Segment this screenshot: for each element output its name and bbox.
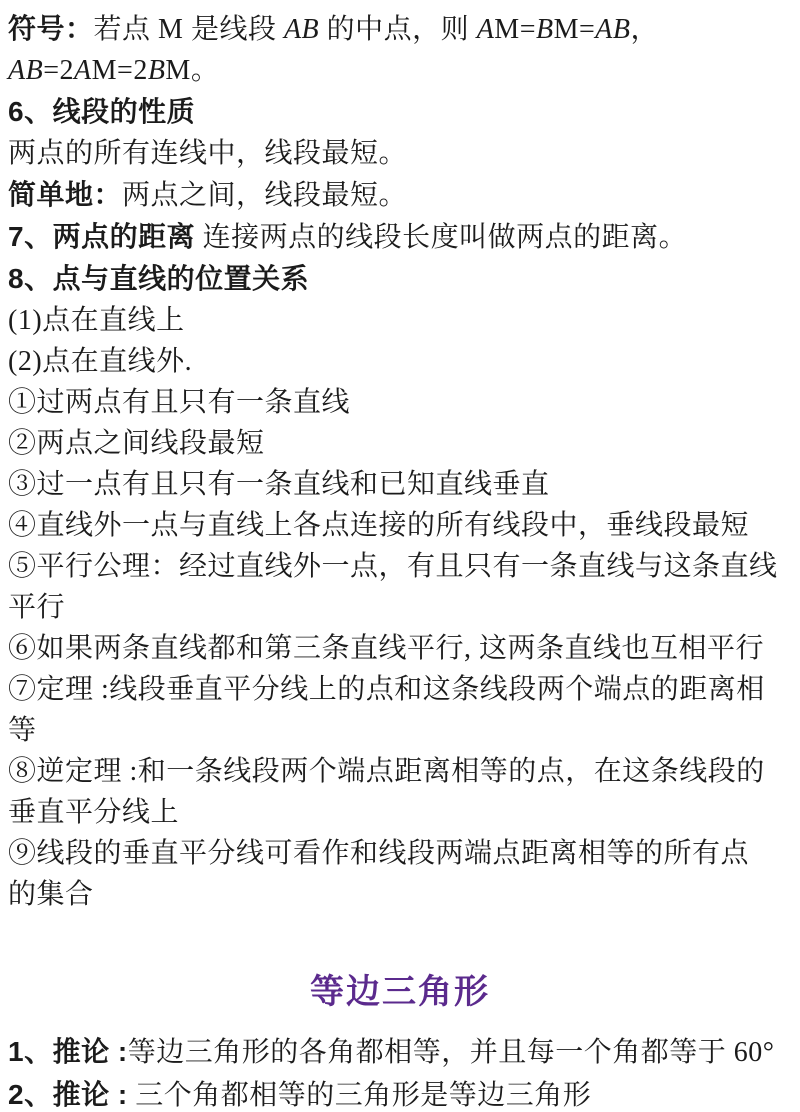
text-segment: ⑧逆定理 :和一条线段两个端点距离相等的点，在这条线段的 <box>8 756 765 787</box>
item-circle-5: ⑤平行公理：经过直线外一点，有且只有一条直线与这条直线 <box>8 546 792 587</box>
text-segment: 简单地： <box>8 179 122 210</box>
section-6-title: 6、线段的性质 <box>8 91 792 133</box>
section-8-title: 8、点与直线的位置关系 <box>8 258 792 300</box>
text-segment: M= <box>554 14 596 45</box>
text-segment: 8、点与直线的位置关系 <box>8 263 309 294</box>
text-segment: A <box>74 55 92 86</box>
item-circle-9: ⑨线段的垂直平分线可看作和线段两端点距离相等的所有点 <box>8 833 792 874</box>
conclusion-1: 1、推论 :等边三角形的各角都相等，并且每一个角都等于 60° <box>8 1031 792 1074</box>
text-segment: 两点之间，线段最短。 <box>122 180 407 211</box>
section-6-simple: 简单地：两点之间，线段最短。 <box>8 174 792 216</box>
item-paren-1: (1)点在直线上 <box>8 300 792 341</box>
text-segment: M= <box>494 14 536 45</box>
section-6-body: 两点的所有连线中，线段最短。 <box>8 133 792 174</box>
equilateral-triangle-heading: 等边三角形 <box>8 971 792 1015</box>
symbol-definition-line-1: 符号：若点 M 是线段 AB 的中点，则 AM=BM=AB， <box>8 8 792 50</box>
text-segment: 7、两点的距离 <box>8 221 195 252</box>
text-segment: ⑥如果两条直线都和第三条直线平行, 这两条直线也互相平行 <box>8 633 764 664</box>
item-circle-8: ⑧逆定理 :和一条线段两个端点距离相等的点，在这条线段的 <box>8 751 792 792</box>
text-segment: AB <box>8 55 43 86</box>
symbol-definition-line-2: AB=2AM=2BM。 <box>8 50 792 91</box>
text-segment: M <box>165 55 190 86</box>
text-segment: 符号： <box>8 13 94 44</box>
text-segment: 2、推论 : <box>8 1079 128 1110</box>
text-segment: 垂直平分线上 <box>8 797 179 828</box>
text-segment: ⑦定理 :线段垂直平分线上的点和这条线段两个端点的距离相 <box>8 674 765 705</box>
text-segment: AB <box>595 14 630 45</box>
text-segment: ③过一点有且只有一条直线和已知直线垂直 <box>8 469 550 500</box>
item-circle-7-wrap: 等 <box>8 710 792 751</box>
text-segment: 两点的所有连线中，线段最短。 <box>8 138 407 169</box>
text-segment: 等 <box>8 715 37 746</box>
text-segment: 若点 <box>94 14 159 45</box>
text-segment: 等边三角形的各角都相等，并且每一个角都等于 <box>128 1037 734 1068</box>
text-segment: (2)点在直线外. <box>8 346 192 377</box>
text-segment: (1)点在直线上 <box>8 305 185 336</box>
text-segment: 平行 <box>8 592 65 623</box>
text-segment: A <box>477 14 495 45</box>
text-segment: AB <box>284 14 319 45</box>
text-segment: B <box>536 14 554 45</box>
text-segment: M <box>158 14 183 45</box>
text-segment: 三个角都相等的三角形是等边三角形 <box>128 1080 592 1111</box>
item-circle-2: ②两点之间线段最短 <box>8 423 792 464</box>
text-lines-container: 符号：若点 M 是线段 AB 的中点，则 AM=BM=AB，AB=2AM=2BM… <box>8 8 792 1112</box>
document: 符号：若点 M 是线段 AB 的中点，则 AM=BM=AB，AB=2AM=2BM… <box>0 0 800 1112</box>
item-circle-6: ⑥如果两条直线都和第三条直线平行, 这两条直线也互相平行 <box>8 628 792 669</box>
text-segment: 1、推论 : <box>8 1036 128 1067</box>
text-segment: ， <box>631 14 660 45</box>
text-segment: 连接两点的线段长度叫做两点的距离。 <box>195 222 687 253</box>
text-segment: 的中点，则 <box>319 14 477 45</box>
text-segment: ⑨线段的垂直平分线可看作和线段两端点距离相等的所有点 <box>8 838 749 869</box>
item-circle-3: ③过一点有且只有一条直线和已知直线垂直 <box>8 464 792 505</box>
text-segment: 是线段 <box>183 14 284 45</box>
text-segment: B <box>148 55 166 86</box>
conclusion-2: 2、推论 : 三个角都相等的三角形是等边三角形 <box>8 1074 792 1112</box>
item-circle-9-wrap: 的集合 <box>8 874 792 915</box>
text-segment: 的集合 <box>8 879 94 910</box>
text-segment: ①过两点有且只有一条直线 <box>8 387 350 418</box>
text-segment: 6、线段的性质 <box>8 96 195 127</box>
item-paren-2: (2)点在直线外. <box>8 341 792 382</box>
item-circle-7: ⑦定理 :线段垂直平分线上的点和这条线段两个端点的距离相 <box>8 669 792 710</box>
text-segment: ②两点之间线段最短 <box>8 428 265 459</box>
text-segment: 等边三角形 <box>310 974 490 1011</box>
text-segment: =2 <box>43 55 74 86</box>
text-segment: M=2 <box>92 55 148 86</box>
item-circle-1: ①过两点有且只有一条直线 <box>8 382 792 423</box>
item-circle-5-wrap: 平行 <box>8 587 792 628</box>
item-circle-8-wrap: 垂直平分线上 <box>8 792 792 833</box>
text-segment: 60° <box>734 1037 775 1068</box>
section-7-line: 7、两点的距离 连接两点的线段长度叫做两点的距离。 <box>8 216 792 258</box>
item-circle-4: ④直线外一点与直线上各点连接的所有线段中，垂线段最短 <box>8 505 792 546</box>
text-segment: ⑤平行公理：经过直线外一点，有且只有一条直线与这条直线 <box>8 551 778 582</box>
text-segment: 。 <box>191 55 220 86</box>
text-segment: ④直线外一点与直线上各点连接的所有线段中，垂线段最短 <box>8 510 749 541</box>
